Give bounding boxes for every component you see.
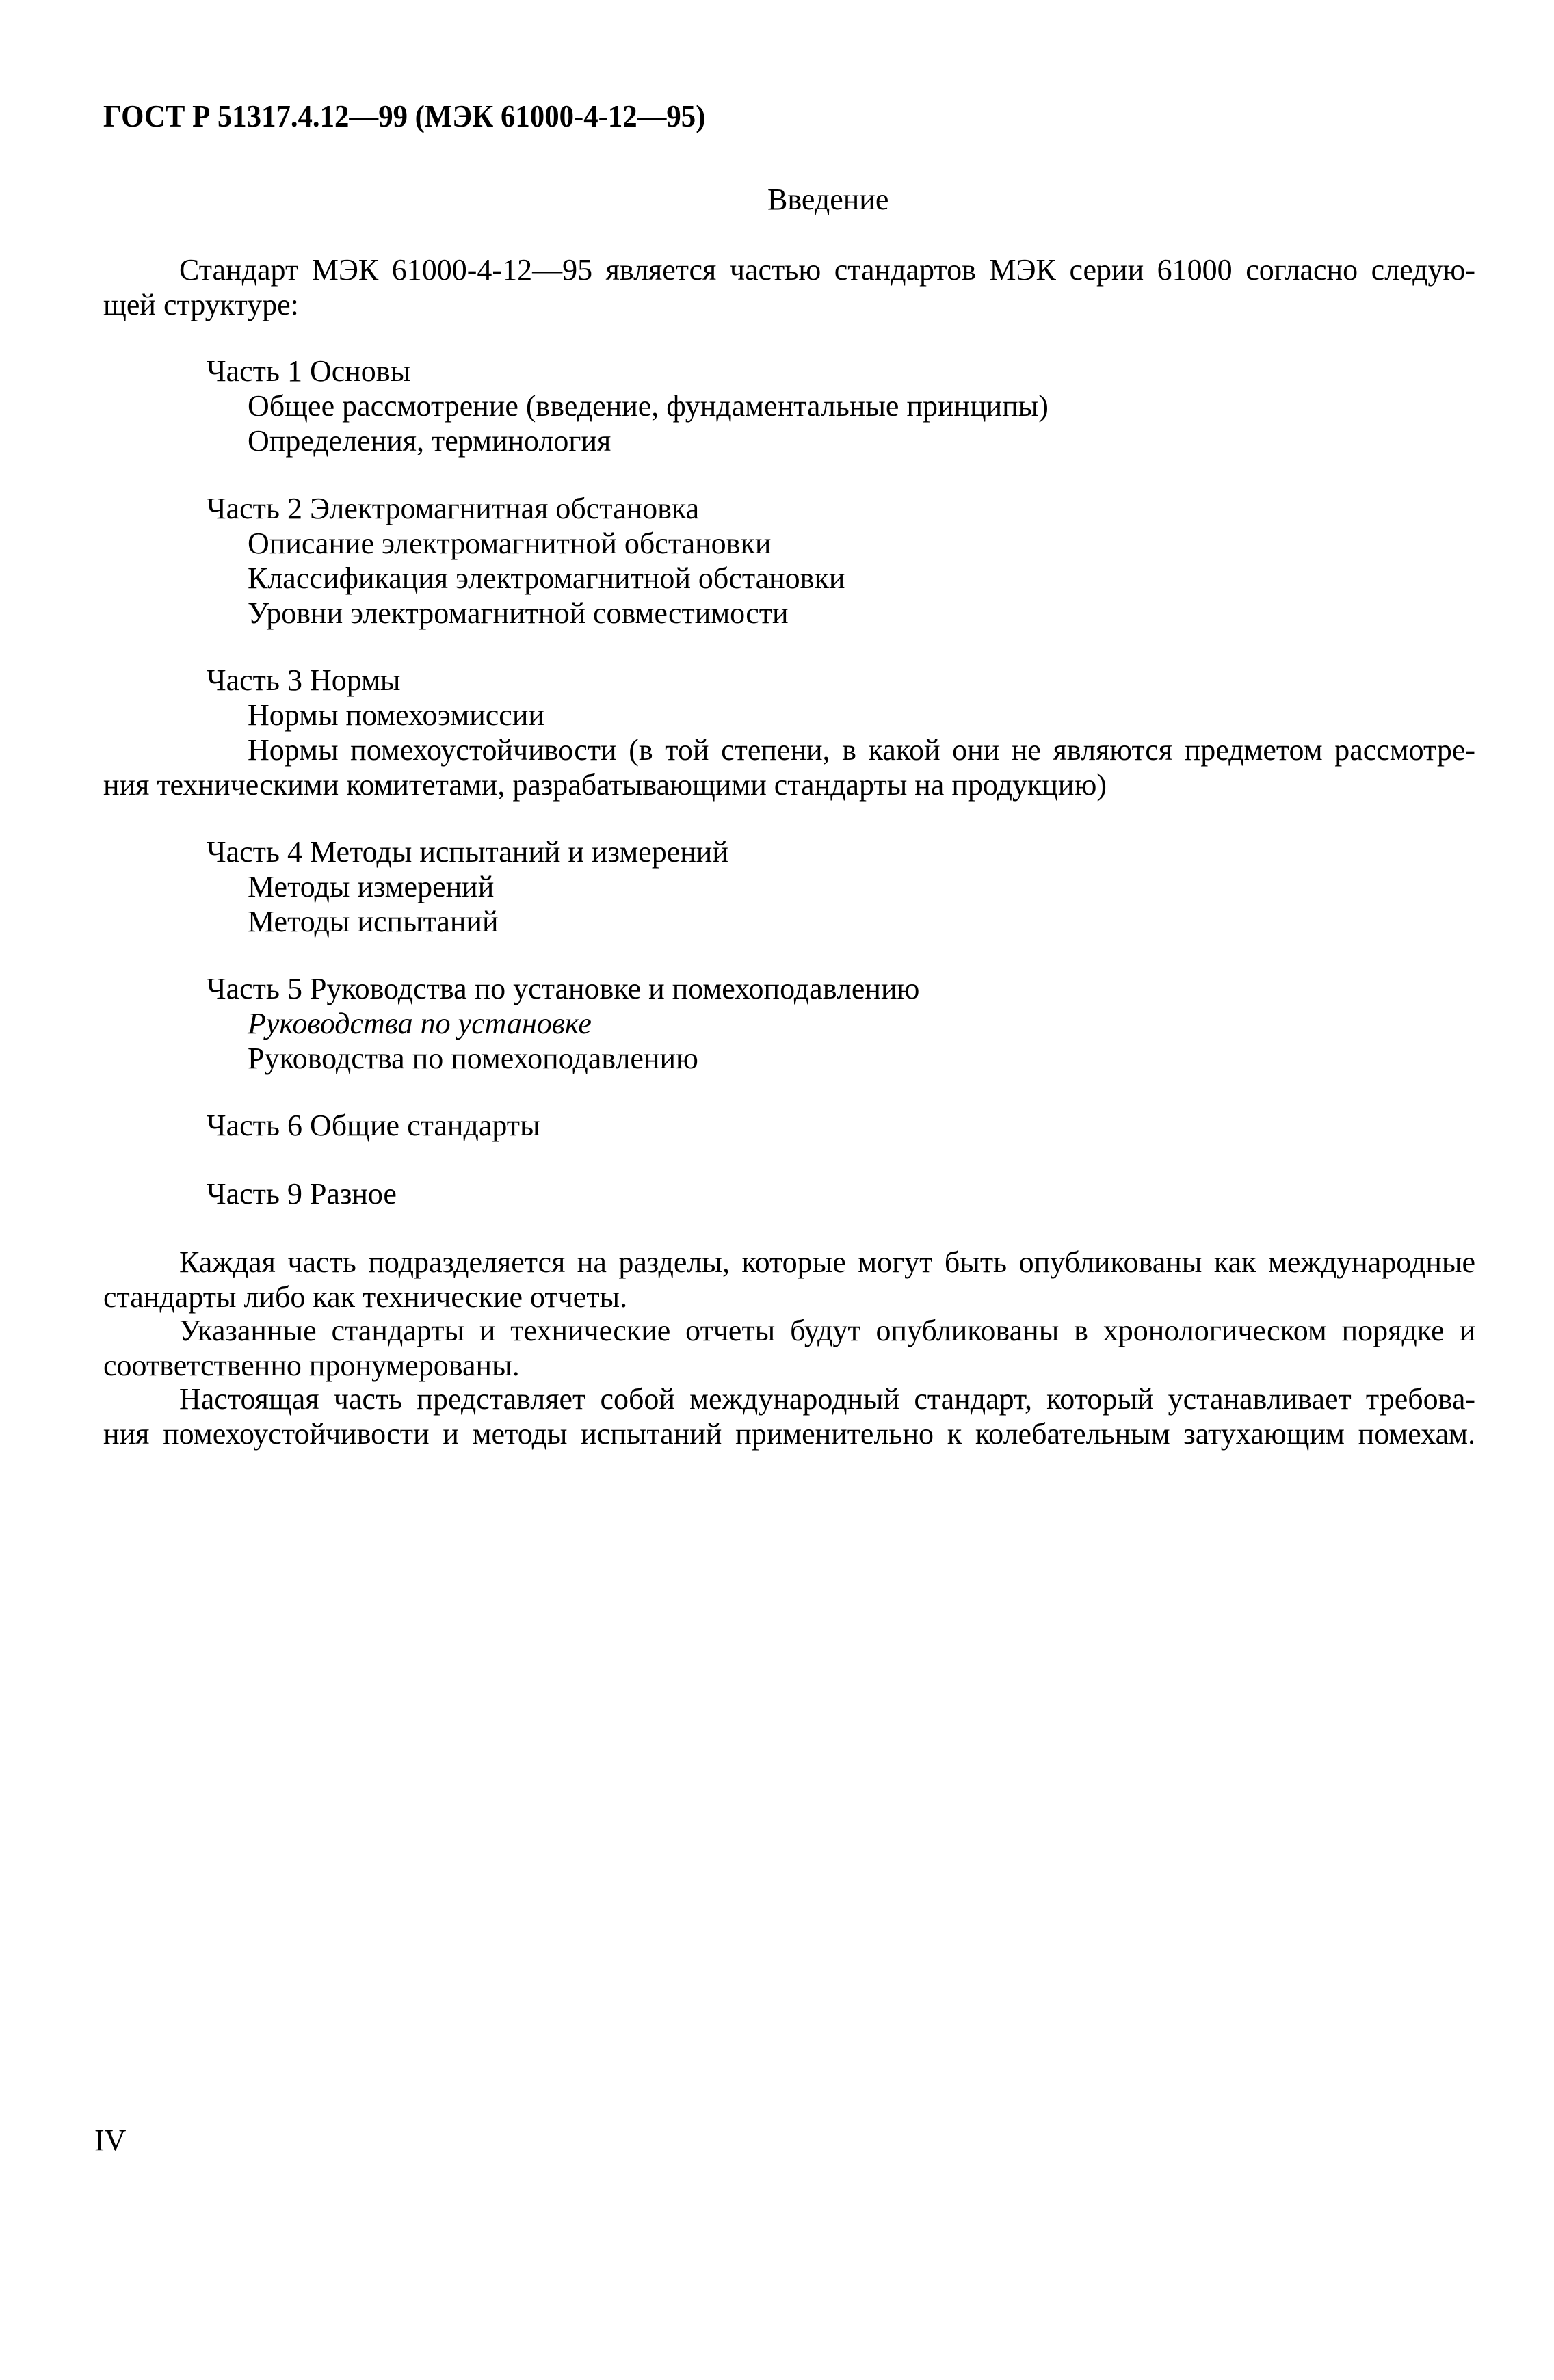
part-2-item-1: Описание электромагнитной обстановки: [248, 526, 771, 561]
part-2-item-2: Классификация электромагнитной обстановк…: [248, 561, 845, 596]
closing-line-2: стандарты либо как технические отчеты.: [103, 1280, 627, 1314]
part-4-item-2: Методы испытаний: [248, 904, 499, 939]
closing-line-5: Настоящая часть представляет собой между…: [103, 1381, 1475, 1416]
part-5-item-1: Руководства по установке: [248, 1006, 592, 1041]
part-1-title: Часть 1 Основы: [207, 354, 410, 388]
document-header: ГОСТ Р 51317.4.12—99 (МЭК 61000-4-12—95): [103, 98, 705, 134]
closing-line-4: соответственно пронумерованы.: [103, 1348, 520, 1383]
page-number: IV: [94, 2123, 126, 2158]
part-2-item-3: Уровни электромагнитной совместимости: [248, 596, 789, 631]
part-5-item-2: Руководства по помехоподавлению: [248, 1041, 698, 1076]
part-1-item-1: Общее рассмотрение (введение, фундамента…: [248, 388, 1049, 423]
part-5-title: Часть 5 Руководства по установке и помех…: [207, 971, 919, 1006]
part-6-title: Часть 6 Общие стандарты: [207, 1108, 540, 1143]
part-1-item-2: Определения, терминология: [248, 423, 611, 458]
part-3-item-2: Нормы помехоустойчивости (в той степени,…: [248, 732, 1475, 767]
part-2-title: Часть 2 Электромагнитная обстановка: [207, 491, 699, 526]
part-4-title: Часть 4 Методы испытаний и измерений: [207, 834, 728, 869]
closing-line-6: ния помехоустойчивости и методы испытани…: [103, 1416, 1475, 1451]
section-title: Введение: [767, 182, 888, 217]
intro-line-1: Стандарт МЭК 61000-4-12—95 является част…: [103, 252, 1475, 287]
closing-line-3: Указанные стандарты и технические отчеты…: [103, 1313, 1475, 1348]
intro-line-2: щей структуре:: [103, 287, 299, 322]
part-9-title: Часть 9 Разное: [207, 1176, 397, 1211]
part-3-item-1: Нормы помехоэмиссии: [248, 698, 544, 732]
part-4-item-1: Методы измерений: [248, 869, 494, 904]
part-3-item-2-cont: ния техническими комитетами, разрабатыва…: [103, 767, 1107, 802]
closing-line-1: Каждая часть подразделяется на разделы, …: [103, 1245, 1475, 1280]
part-3-title: Часть 3 Нормы: [207, 663, 400, 698]
